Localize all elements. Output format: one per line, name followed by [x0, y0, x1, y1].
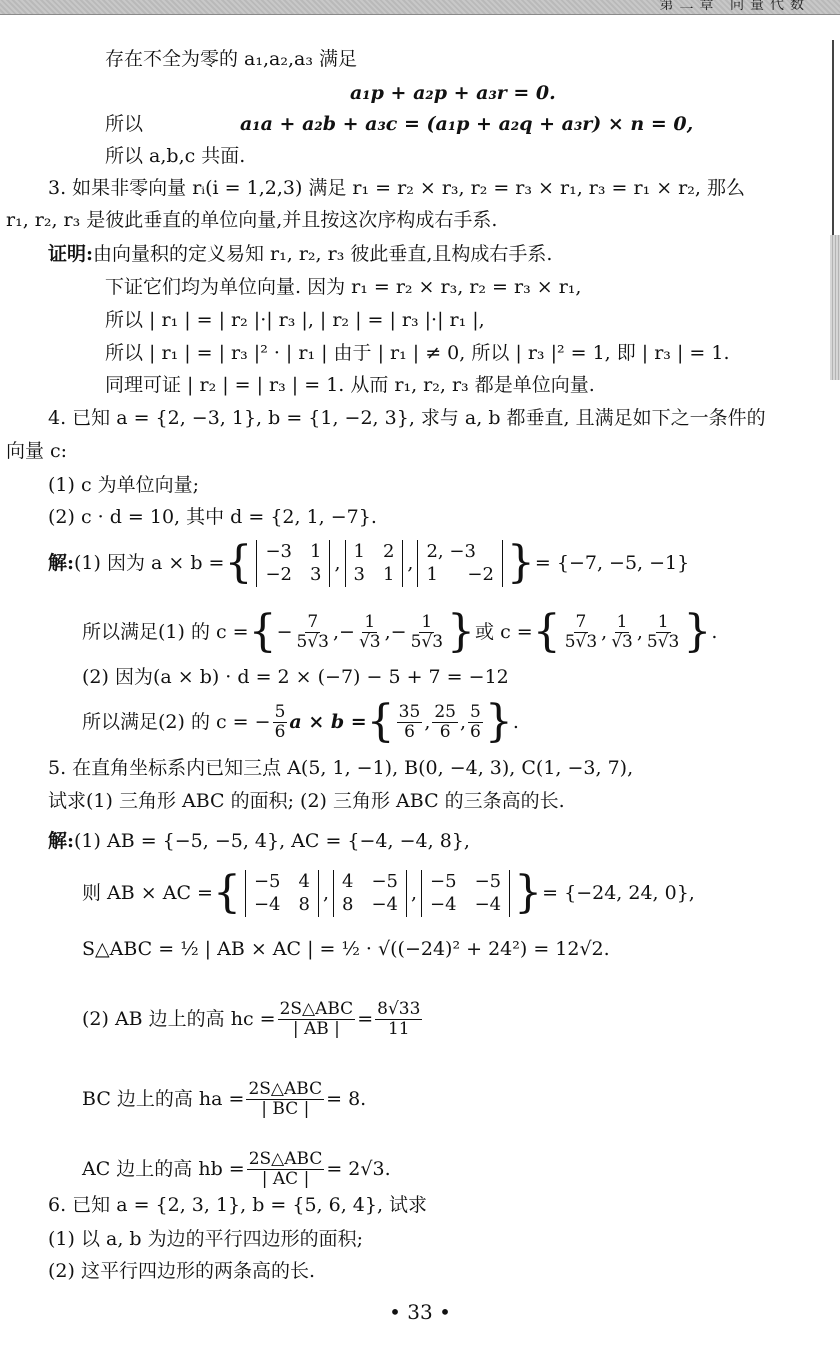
problem5-statement-1: 5. 在直角坐标系内已知三点 A(5, 1, −1), B(0, −4, 3),…	[48, 757, 633, 780]
cross-product-result: = {−7, −5, −1}	[535, 552, 689, 575]
hc-prefix: (2) AB 边上的高 hc =	[82, 1008, 276, 1031]
right-brace: }	[447, 610, 475, 654]
determinant-1: −31 −23	[256, 540, 330, 587]
problem4-condition-1: (1) c 为单位向量;	[48, 474, 199, 497]
solution-1-prefix: (1) 因为 a × b =	[74, 552, 224, 575]
solution-2b-prefix: 所以满足(2) 的 c = −	[82, 711, 271, 734]
fraction: 356	[397, 703, 423, 741]
problem4-condition-2: (2) c · d = 10, 其中 d = {2, 1, −7}.	[48, 506, 377, 529]
proof-line-4: 所以 | r₁ | = | r₃ |² · | r₁ | 由于 | r₁ | ≠…	[105, 342, 730, 365]
fraction: 2S△ABC| AB |	[278, 1000, 356, 1038]
problem5-statement-2: 试求(1) 三角形 ABC 的面积; (2) 三角形 ABC 的三条高的长.	[48, 790, 565, 813]
or-text: 或 c =	[475, 621, 533, 644]
cross-prefix: 则 AB × AC =	[82, 882, 213, 905]
continuation-equation: a₁p + a₂p + a₃r = 0.	[350, 82, 556, 105]
left-brace: {	[533, 610, 561, 654]
problem4-solution-1b: 所以满足(1) 的 c = { −75√3, −1√3, −15√3 } 或 c…	[82, 610, 717, 654]
proof-label: 证明:	[48, 243, 93, 265]
page-edge-shadow	[830, 235, 840, 380]
solution-label: 解:	[48, 830, 74, 852]
fraction: 56	[273, 703, 288, 741]
fraction: 75√3	[563, 613, 599, 651]
continuation-line-1: 存在不全为零的 a₁,a₂,a₃ 满足	[105, 48, 357, 71]
problem5-height-c: (2) AB 边上的高 hc = 2S△ABC| AB | = 8√3311	[82, 1000, 424, 1038]
page-number: • 33 •	[0, 1300, 840, 1324]
problem4-solution-2b: 所以满足(2) 的 c = − 56 a × b = { 356, 256, 5…	[82, 700, 519, 744]
fraction: 1√3	[609, 613, 635, 651]
problem4-statement-1: 4. 已知 a = {2, −3, 1}, b = {1, −2, 3}, 求与…	[48, 407, 766, 430]
right-brace: }	[507, 541, 535, 585]
fraction: 256	[432, 703, 458, 741]
hb-prefix: AC 边上的高 hb =	[82, 1158, 245, 1181]
fraction: 56	[468, 703, 483, 741]
problem5-area: S△ABC = ½ | AB × AC | = ½ · √((−24)² + 2…	[82, 938, 610, 961]
proof-line-3: 所以 | r₁ | = | r₂ |·| r₃ |, | r₂ | = | r₃…	[105, 309, 485, 332]
right-brace: }	[485, 700, 513, 744]
determinant-1: −54 −48	[245, 870, 319, 917]
fraction: 15√3	[645, 613, 681, 651]
hb-result: = 2√3.	[326, 1158, 390, 1181]
determinant-2: 4−5 8−4	[333, 870, 407, 917]
proof-line-1: 由向量积的定义易知 r₁, r₂, r₃ 彼此垂直,且构成右手系.	[93, 243, 552, 265]
ha-result: = 8.	[326, 1088, 366, 1111]
right-brace: }	[683, 610, 711, 654]
left-brace: {	[224, 541, 252, 585]
continuation-line-4: 所以 a,b,c 共面.	[105, 145, 245, 168]
fraction: 75√3	[295, 613, 331, 651]
problem4-statement-2: 向量 c:	[6, 440, 67, 463]
determinant-3: −5−5 −4−4	[421, 870, 510, 917]
running-title: 第二章 向量代数	[660, 0, 810, 14]
problem6-statement: 6. 已知 a = {2, 3, 1}, b = {5, 6, 4}, 试求	[48, 1194, 427, 1217]
solution-2b-mid: a × b =	[289, 711, 366, 734]
ha-prefix: BC 边上的高 ha =	[82, 1088, 244, 1111]
left-brace: {	[367, 700, 395, 744]
continuation-line-3-expr: a₁a + a₂b + a₃c = (a₁p + a₂q + a₃r) × n …	[240, 113, 693, 136]
problem5-solution-1: (1) AB = {−5, −5, 4}, AC = {−4, −4, 8},	[74, 830, 470, 852]
problem5-height-b: AC 边上的高 hb = 2S△ABC| AC | = 2√3.	[82, 1150, 391, 1188]
continuation-line-3-label: 所以	[105, 113, 143, 136]
solution-1b-prefix: 所以满足(1) 的 c =	[82, 621, 249, 644]
problem6-part-2: (2) 这平行四边形的两条高的长.	[48, 1260, 315, 1283]
problem3-statement-1: 3. 如果非零向量 rᵢ(i = 1,2,3) 满足 r₁ = r₂ × r₃,…	[48, 177, 745, 200]
determinant-2: 12 31	[345, 540, 404, 587]
proof-line-2: 下证它们均为单位向量. 因为 r₁ = r₂ × r₃, r₂ = r₃ × r…	[105, 276, 581, 299]
problem5-cross-product: 则 AB × AC = { −54 −48 , 4−5 8−4 , −5−5 −…	[82, 870, 695, 917]
fraction: 8√3311	[375, 1000, 422, 1038]
problem6-part-1: (1) 以 a, b 为边的平行四边形的面积;	[48, 1228, 363, 1251]
proof-line-5: 同理可证 | r₂ | = | r₃ | = 1. 从而 r₁, r₂, r₃ …	[105, 374, 595, 397]
problem3-statement-2: r₁, r₂, r₃ 是彼此垂直的单位向量,并且按这次序构成右手系.	[6, 209, 497, 232]
left-brace: {	[213, 871, 241, 915]
fraction: 1√3	[357, 613, 383, 651]
problem5-height-a: BC 边上的高 ha = 2S△ABC| BC | = 8.	[82, 1080, 366, 1118]
problem4-solution-1: 解: (1) 因为 a × b = { −31 −23 , 12 31 , 2,…	[48, 540, 689, 587]
fraction: 2S△ABC| BC |	[246, 1080, 324, 1118]
cross-result: = {−24, 24, 0},	[542, 882, 695, 905]
right-brace: }	[514, 871, 542, 915]
fraction: 2S△ABC| AC |	[247, 1150, 325, 1188]
solution-label: 解:	[48, 552, 74, 575]
left-brace: {	[249, 610, 277, 654]
page-header-band: 第二章 向量代数	[0, 0, 840, 15]
fraction: 15√3	[409, 613, 445, 651]
problem4-solution-2: (2) 因为(a × b) · d = 2 × (−7) − 5 + 7 = −…	[82, 666, 509, 689]
determinant-3: 2, −3 1−2	[417, 540, 502, 587]
